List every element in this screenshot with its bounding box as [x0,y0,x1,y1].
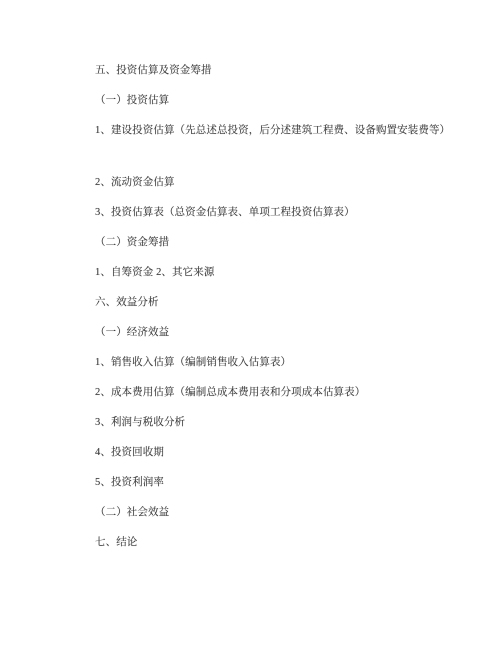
document-page: 五、投资估算及资金筹措（一）投资估算1、建设投资估算（先总述总投资，后分述建筑工… [0,0,500,647]
outline-line-item: 3、投资估算表（总资金估算表、单项工程投资估算表） [95,198,470,228]
outline-line-section: 七、结论 [95,528,470,558]
outline-line-item: 2、流动资金估算 [95,168,470,198]
outline-blank-line [95,146,470,168]
outline-line-item: 2、成本费用估算（编制总成本费用表和分项成本估算表） [95,378,470,408]
outline-line-subsection: （一）经济效益 [95,318,470,348]
outline-line-subsection: （二）社会效益 [95,498,470,528]
outline-line-subsection: （一）投资估算 [95,86,470,116]
outline-line-item: 4、投资回收期 [95,438,470,468]
outline-line-item: 1、自筹资金 2、其它来源 [95,258,470,288]
outline-line-section: 五、投资估算及资金筹措 [95,56,470,86]
outline-line-item: 3、利润与税收分析 [95,408,470,438]
outline-line-item: 1、销售收入估算（编制销售收入估算表） [95,348,470,378]
outline-line-subsection: （二）资金筹措 [95,228,470,258]
outline-line-item: 1、建设投资估算（先总述总投资，后分述建筑工程费、设备购置安装费等） [95,116,470,146]
document-outline: 五、投资估算及资金筹措（一）投资估算1、建设投资估算（先总述总投资，后分述建筑工… [95,56,470,558]
outline-line-section: 六、效益分析 [95,288,470,318]
outline-line-item: 5、投资利润率 [95,468,470,498]
